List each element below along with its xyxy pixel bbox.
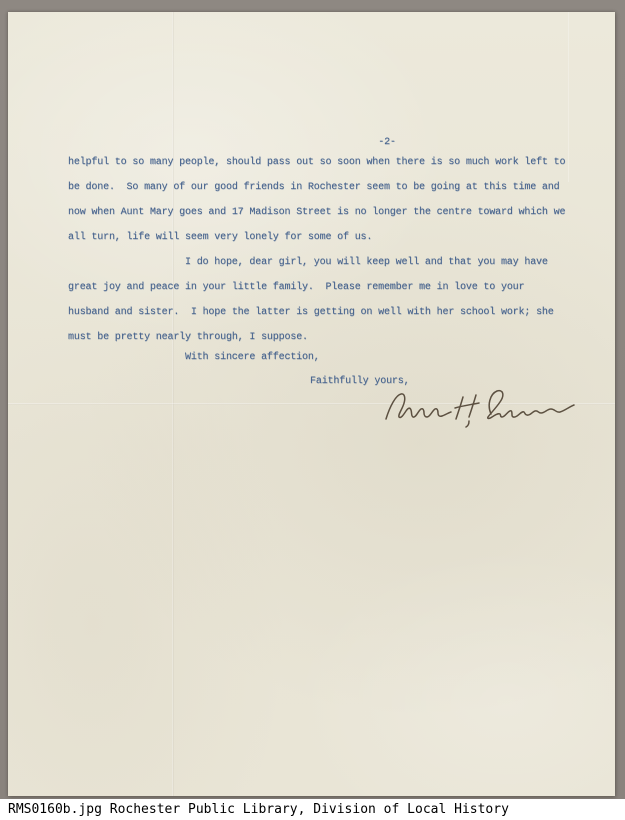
letter-line: great joy and peace in your little famil… [68, 275, 588, 300]
letter-line: I do hope, dear girl, you will keep well… [68, 250, 588, 275]
letter-line: be done. So many of our good friends in … [68, 175, 588, 200]
letter-page: -2- helpful to so many people, should pa… [8, 12, 615, 796]
signature-drawing [383, 386, 579, 432]
letter-body: helpful to so many people, should pass o… [68, 150, 588, 394]
scan-backdrop: -2- helpful to so many people, should pa… [0, 0, 625, 820]
letter-line: husband and sister. I hope the latter is… [68, 300, 588, 325]
letter-line: now when Aunt Mary goes and 17 Madison S… [68, 200, 588, 225]
caption-bar: RMS0160b.jpg Rochester Public Library, D… [0, 799, 625, 820]
letter-line: helpful to so many people, should pass o… [68, 150, 588, 175]
page-number: -2- [370, 137, 404, 148]
letter-line: all turn, life will seem very lonely for… [68, 225, 588, 250]
caption-text: RMS0160b.jpg Rochester Public Library, D… [0, 802, 509, 817]
handwritten-signature [383, 386, 579, 432]
